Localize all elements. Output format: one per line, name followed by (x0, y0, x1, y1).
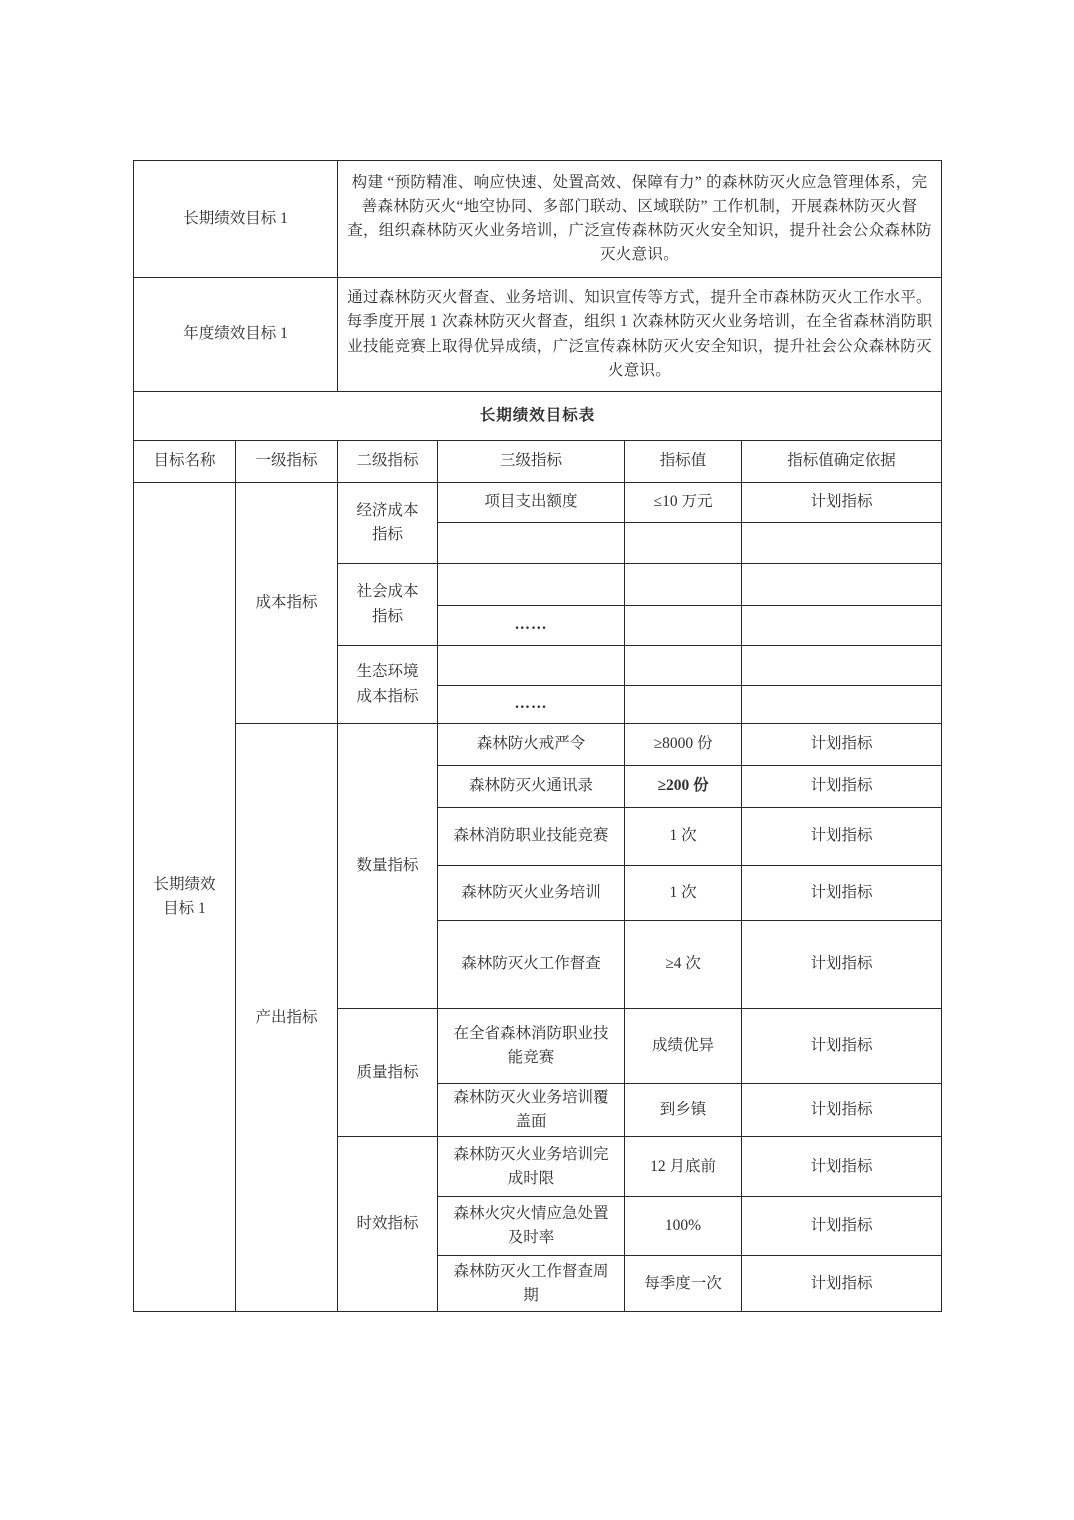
level2-social-cost-cell: 社会成本 指标 (338, 564, 438, 646)
value-cell (625, 564, 742, 606)
value-cell: ≤10 万元 (625, 483, 742, 523)
value-cell: 100% (625, 1197, 742, 1256)
value-cell: 12 月底前 (625, 1137, 742, 1197)
document-page: 长期绩效目标 1 构建 “预防精准、响应快速、处置高效、保障有力” 的森林防灭火… (0, 0, 1074, 1520)
basis-cell: 计划指标 (742, 724, 942, 766)
value-cell: 每季度一次 (625, 1256, 742, 1312)
column-header-basis: 指标值确定依据 (742, 441, 942, 483)
basis-cell: 计划指标 (742, 1256, 942, 1312)
value-cell: ≥200 份 (625, 766, 742, 808)
level2-eco-env-cost-cell: 生态环境 成本指标 (338, 646, 438, 724)
value-cell: ≥8000 份 (625, 724, 742, 766)
column-header-level3: 三级指标 (438, 441, 625, 483)
value-cell: 1 次 (625, 808, 742, 866)
annual-goal-text: 通过森林防灭火督查、业务培训、知识宣传等方式，提升全市森林防灭火工作水平。每季度… (338, 278, 942, 392)
l3-cell: 在全省森林消防职业技能竞赛 (438, 1009, 625, 1084)
long-term-goal-label: 长期绩效目标 1 (134, 161, 338, 278)
value-cell (625, 646, 742, 686)
l3-cell: 项目支出额度 (438, 483, 625, 523)
basis-cell: 计划指标 (742, 808, 942, 866)
level2-quality-cell: 质量指标 (338, 1009, 438, 1137)
table-header-row: 目标名称 一级指标 二级指标 三级指标 指标值 指标值确定依据 (134, 441, 942, 483)
basis-cell: 计划指标 (742, 1197, 942, 1256)
basis-cell: 计划指标 (742, 1084, 942, 1137)
l3-cell: 森林消防职业技能竞赛 (438, 808, 625, 866)
value-cell (625, 686, 742, 724)
table-row: 产出指标 数量指标 森林防火戒严令 ≥8000 份 计划指标 (134, 724, 942, 766)
level2-economic-cost-cell: 经济成本 指标 (338, 483, 438, 564)
value-cell: 到乡镇 (625, 1084, 742, 1137)
table-row: 年度绩效目标 1 通过森林防灭火督查、业务培训、知识宣传等方式，提升全市森林防灭… (134, 278, 942, 392)
column-header-level1: 一级指标 (236, 441, 338, 483)
table-section-title: 长期绩效目标表 (134, 392, 942, 441)
l3-cell (438, 646, 625, 686)
basis-cell: 计划指标 (742, 483, 942, 523)
basis-cell: 计划指标 (742, 1137, 942, 1197)
basis-cell (742, 523, 942, 564)
goal-name-cell: 长期绩效 目标 1 (134, 483, 236, 1312)
basis-cell: 计划指标 (742, 1009, 942, 1084)
value-cell: ≥4 次 (625, 921, 742, 1009)
basis-cell (742, 686, 942, 724)
l3-cell: 森林防灭火工作督查周期 (438, 1256, 625, 1312)
table-row: 长期绩效目标表 (134, 392, 942, 441)
column-header-level2: 二级指标 (338, 441, 438, 483)
l3-cell: 森林防灭火业务培训覆盖面 (438, 1084, 625, 1137)
basis-cell: 计划指标 (742, 866, 942, 921)
l3-cell: 森林防灭火通讯录 (438, 766, 625, 808)
level1-cost-cell: 成本指标 (236, 483, 338, 724)
level2-timeliness-cell: 时效指标 (338, 1137, 438, 1312)
basis-cell (742, 564, 942, 606)
basis-cell: 计划指标 (742, 921, 942, 1009)
basis-cell (742, 646, 942, 686)
l3-ellipsis-cell: …… (438, 686, 625, 724)
basis-cell: 计划指标 (742, 766, 942, 808)
l3-cell: 森林防火戒严令 (438, 724, 625, 766)
level1-output-cell: 产出指标 (236, 724, 338, 1312)
value-cell: 成绩优异 (625, 1009, 742, 1084)
l3-ellipsis-cell: …… (438, 606, 625, 646)
basis-cell (742, 606, 942, 646)
level2-quantity-cell: 数量指标 (338, 724, 438, 1009)
l3-cell (438, 523, 625, 564)
table-row: 长期绩效目标 1 构建 “预防精准、响应快速、处置高效、保障有力” 的森林防灭火… (134, 161, 942, 278)
long-term-goal-text: 构建 “预防精准、响应快速、处置高效、保障有力” 的森林防灭火应急管理体系，完善… (338, 161, 942, 278)
l3-cell (438, 564, 625, 606)
l3-cell: 森林防灭火工作督查 (438, 921, 625, 1009)
value-cell (625, 606, 742, 646)
table-row: 长期绩效 目标 1 成本指标 经济成本 指标 项目支出额度 ≤10 万元 计划指… (134, 483, 942, 523)
column-header-goal-name: 目标名称 (134, 441, 236, 483)
value-cell: 1 次 (625, 866, 742, 921)
annual-goal-label: 年度绩效目标 1 (134, 278, 338, 392)
l3-cell: 森林火灾火情应急处置及时率 (438, 1197, 625, 1256)
l3-cell: 森林防灭火业务培训 (438, 866, 625, 921)
value-cell (625, 523, 742, 564)
l3-cell: 森林防灭火业务培训完成时限 (438, 1137, 625, 1197)
performance-goal-table: 长期绩效目标 1 构建 “预防精准、响应快速、处置高效、保障有力” 的森林防灭火… (133, 160, 942, 1312)
column-header-value: 指标值 (625, 441, 742, 483)
